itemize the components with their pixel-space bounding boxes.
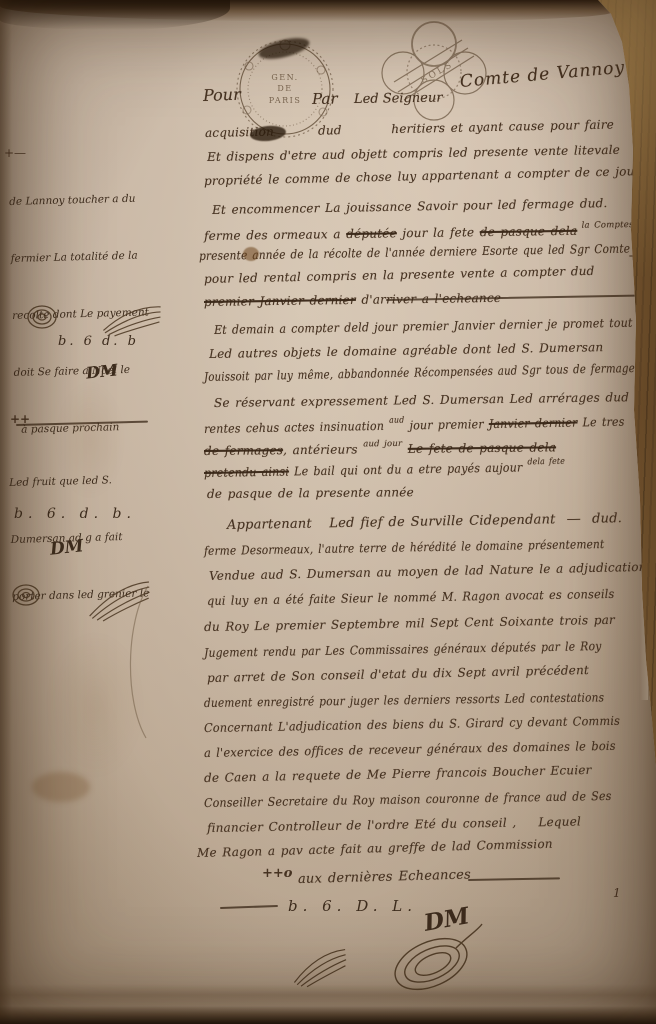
ink-showthrough	[55, 380, 125, 500]
closing-line: aux dernières Echeances	[298, 867, 471, 887]
insertion-mark: ++	[10, 412, 30, 426]
paper-crease	[0, 984, 656, 1006]
manuscript-line: Conseiller Secretaire du Roy maison cour…	[204, 789, 612, 810]
header-word-par: Par	[312, 90, 338, 108]
manuscript-line: Jugement rendu par Les Commissaires géné…	[204, 639, 602, 660]
spiral-doodle-icon	[10, 580, 42, 614]
manuscript-line: pour led rental compris en la presente v…	[204, 264, 595, 286]
manuscript-page: GEN. DE PARIS SOLS	[0, 0, 656, 1024]
margin-annotation-line: de Lannoy toucher a du	[9, 189, 146, 212]
manuscript-line: Appartenant Led fief de Surville Cidepen…	[227, 511, 622, 533]
dark-bottom-edge	[0, 1006, 656, 1024]
ink-showthrough	[45, 630, 145, 780]
spiral-doodle-icon	[24, 300, 60, 338]
manuscript-line: Me Ragon a pav acte fait au greffe de la…	[197, 837, 553, 860]
tally-mark: b. 6. D. L.	[288, 897, 417, 915]
header-word-pour: Pour	[203, 85, 241, 105]
pen-stroke	[468, 877, 560, 880]
manuscript-line: a l'exercice des offices de receveur gén…	[204, 739, 616, 760]
plus-mark: +	[628, 249, 638, 263]
manuscript-line: ferme des ormeaux a députée jour la fete…	[204, 220, 634, 243]
manuscript-line: de pasque de la presente année	[207, 485, 414, 501]
margin-annotation-line: fermier La totalité de la	[10, 246, 147, 269]
stained-top-edge-left	[0, 0, 230, 30]
stamp-text-de: DE	[277, 84, 292, 93]
pen-stroke	[220, 905, 278, 909]
manuscript-line: du Roy Le premier Septembre mil Sept Cen…	[204, 613, 615, 634]
manuscript-line: pretendu ainsi Le bail qui ont du a etre…	[204, 457, 565, 480]
paraph-signature: DM	[49, 536, 84, 559]
manuscript-line: par arret de Son conseil d'etat du dix S…	[207, 663, 589, 685]
manuscript-line: financier Controlleur de l'ordre Eté du …	[207, 814, 581, 835]
manuscript-line: qui luy en a été faite Sieur le nommé M.…	[207, 587, 615, 608]
header-word-seigneur: Led Seigneur	[354, 90, 443, 107]
manuscript-line: Led autres objets le domaine agréable do…	[209, 340, 604, 361]
manuscript-line: rentes cehus actes insinuation aud jour …	[204, 412, 625, 436]
page-mark: 1	[613, 886, 621, 900]
manuscript-line: Et encommencer La jouissance Savoir pour…	[212, 196, 608, 217]
manuscript-line: Vendue aud S. Dumersan au moyen de lad N…	[209, 560, 647, 583]
manuscript-line: de Caen a la requete de Me Pierre franco…	[204, 763, 592, 785]
stamp-text-gen: GEN.	[271, 73, 298, 82]
tally-mark: b. 6. d. b.	[14, 506, 136, 522]
manuscript-line: Et demain a compter deld jour premier Ja…	[214, 316, 633, 337]
manuscript-line: Concernant L'adjudication des biens du S…	[204, 714, 620, 735]
manuscript-line: Se réservant expressement Led S. Dumersa…	[214, 390, 629, 410]
manuscript-line: Jouissoit par luy même, abbandonnée Réco…	[204, 361, 635, 384]
photo-of-manuscript: GEN. DE PARIS SOLS	[0, 0, 656, 1024]
ink-blot	[243, 247, 259, 261]
manuscript-line: de fermages, antérieurs aud jour Le fete…	[204, 437, 556, 458]
torn-right-edge-highlight	[640, 60, 648, 700]
manuscript-line: premier Janvier dernier d'arriver a l'ec…	[204, 291, 501, 309]
stamp-text-paris: PARIS	[269, 96, 302, 105]
insertion-mark: ++o	[262, 866, 292, 881]
manuscript-line: ferme Desormeaux, l'autre terre de héréd…	[204, 537, 605, 558]
manuscript-line: duement enregistré pour juger les dernie…	[204, 690, 604, 710]
manuscript-line: presente année de la récolte de l'année …	[199, 241, 630, 263]
manuscript-line: propriété le comme de chose luy apparten…	[204, 164, 641, 188]
